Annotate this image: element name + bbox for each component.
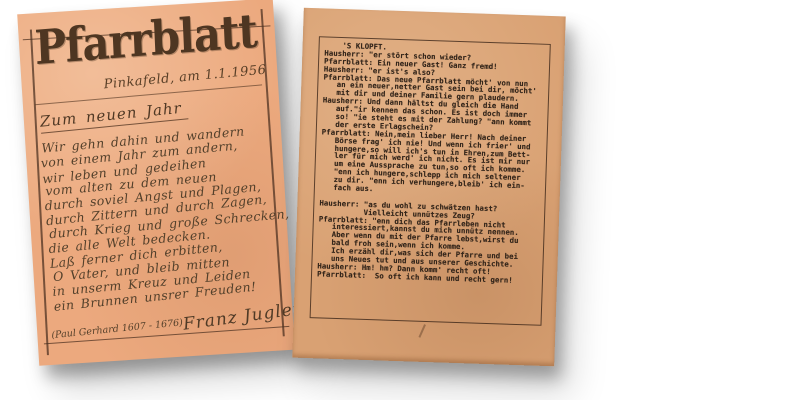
pencil-mark [418, 324, 425, 337]
right-page: 'S KLOPFT. Hausherr: "er stört schon wie… [292, 8, 565, 366]
left-page: Pfarrblatt Pinkafeld, am 1.1.1956 Zum ne… [17, 0, 295, 366]
scan-background: Pfarrblatt Pinkafeld, am 1.1.1956 Zum ne… [0, 0, 800, 400]
dialogue-text: 'S KLOPFT. Hausherr: "er stört schon wie… [317, 41, 551, 285]
poem-text: Wir gehn dahin und wandernvon einem Jahr… [39, 122, 286, 314]
section-heading: Zum neuen Jahr [39, 98, 189, 133]
dialogue-lines: Hausherr: "er stört schon wieder?Pfarrbl… [317, 49, 550, 285]
